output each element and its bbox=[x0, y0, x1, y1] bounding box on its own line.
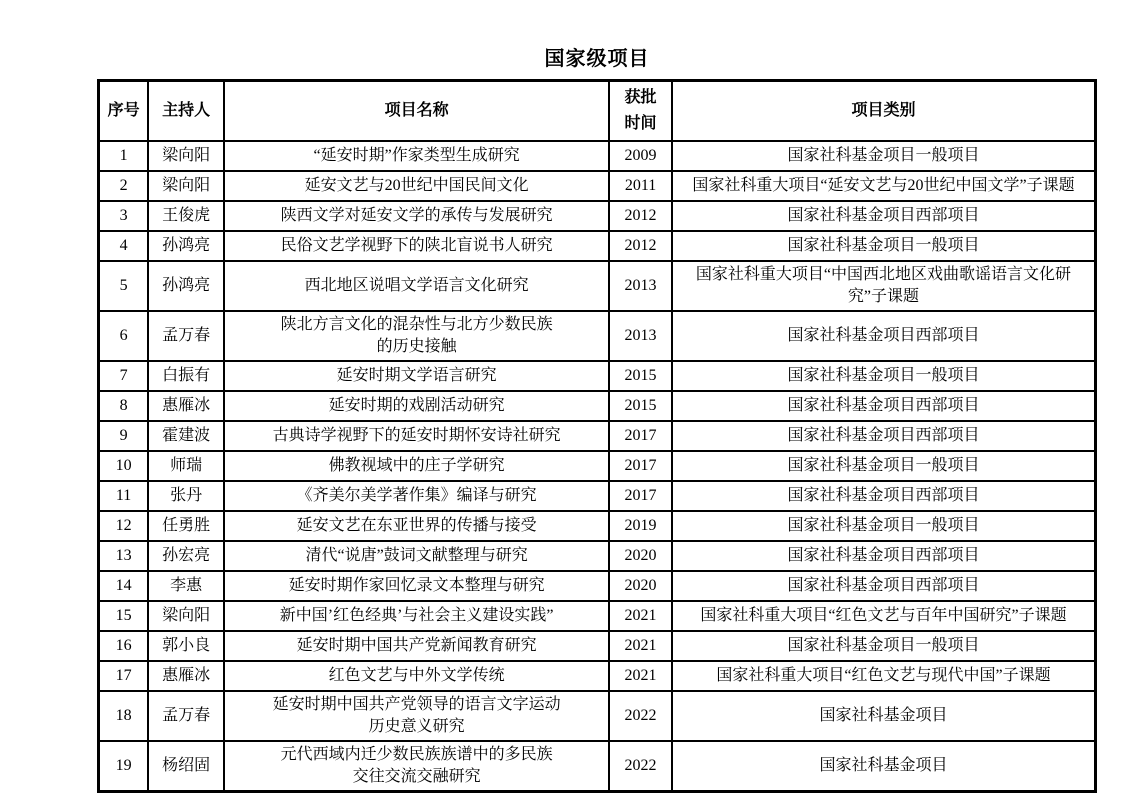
cell-no: 17 bbox=[99, 661, 149, 691]
table-row: 16郭小良延安时期中国共产党新闻教育研究2021国家社科基金项目一般项目 bbox=[99, 631, 1096, 661]
cell-no: 6 bbox=[99, 311, 149, 361]
cell-project-name: 延安时期的戏剧活动研究 bbox=[224, 391, 609, 421]
cell-project-name: 新中国’红色经典’与社会主义建设实践” bbox=[224, 601, 609, 631]
cell-project-name: 民俗文艺学视野下的陕北盲说书人研究 bbox=[224, 231, 609, 261]
cell-approval-year: 2015 bbox=[609, 361, 672, 391]
cell-category: 国家社科重大项目“红色文艺与现代中国”子课题 bbox=[672, 661, 1096, 691]
cell-category: 国家社科重大项目“红色文艺与百年中国研究”子课题 bbox=[672, 601, 1096, 631]
cell-project-name: “延安时期”作家类型生成研究 bbox=[224, 141, 609, 171]
cell-pi: 师瑞 bbox=[148, 451, 224, 481]
cell-approval-year: 2013 bbox=[609, 261, 672, 311]
header-category: 项目类别 bbox=[672, 81, 1096, 142]
header-approval-year: 获批时间 bbox=[609, 81, 672, 142]
cell-project-name: 陕西文学对延安文学的承传与发展研究 bbox=[224, 201, 609, 231]
cell-no: 4 bbox=[99, 231, 149, 261]
table-row: 18孟万春延安时期中国共产党领导的语言文字运动 历史意义研究2022国家社科基金… bbox=[99, 691, 1096, 741]
cell-approval-year: 2017 bbox=[609, 421, 672, 451]
header-approval-year-label: 获批时间 bbox=[624, 85, 658, 137]
cell-no: 3 bbox=[99, 201, 149, 231]
cell-no: 5 bbox=[99, 261, 149, 311]
cell-project-name: 古典诗学视野下的延安时期怀安诗社研究 bbox=[224, 421, 609, 451]
cell-no: 18 bbox=[99, 691, 149, 741]
cell-approval-year: 2020 bbox=[609, 571, 672, 601]
cell-category: 国家社科基金项目一般项目 bbox=[672, 141, 1096, 171]
page-title: 国家级项目 bbox=[97, 42, 1097, 71]
cell-project-name: 清代“说唐”鼓词文献整理与研究 bbox=[224, 541, 609, 571]
cell-project-name: 佛教视域中的庄子学研究 bbox=[224, 451, 609, 481]
table-row: 1梁向阳“延安时期”作家类型生成研究2009国家社科基金项目一般项目 bbox=[99, 141, 1096, 171]
cell-project-name: 延安时期中国共产党领导的语言文字运动 历史意义研究 bbox=[224, 691, 609, 741]
cell-project-name: 西北地区说唱文学语言文化研究 bbox=[224, 261, 609, 311]
cell-no: 9 bbox=[99, 421, 149, 451]
cell-category: 国家社科重大项目“延安文艺与20世纪中国文学”子课题 bbox=[672, 171, 1096, 201]
cell-approval-year: 2015 bbox=[609, 391, 672, 421]
header-row: 序号 主持人 项目名称 获批时间 项目类别 bbox=[99, 81, 1096, 142]
table-row: 5孙鸿亮西北地区说唱文学语言文化研究2013国家社科重大项目“中国西北地区戏曲歌… bbox=[99, 261, 1096, 311]
cell-category: 国家社科基金项目 bbox=[672, 741, 1096, 792]
cell-pi: 孟万春 bbox=[148, 311, 224, 361]
table-row: 3王俊虎陕西文学对延安文学的承传与发展研究2012国家社科基金项目西部项目 bbox=[99, 201, 1096, 231]
cell-pi: 李惠 bbox=[148, 571, 224, 601]
cell-pi: 孙鸿亮 bbox=[148, 261, 224, 311]
cell-category: 国家社科基金项目一般项目 bbox=[672, 231, 1096, 261]
cell-no: 10 bbox=[99, 451, 149, 481]
cell-category: 国家社科基金项目一般项目 bbox=[672, 451, 1096, 481]
cell-no: 8 bbox=[99, 391, 149, 421]
header-project-name: 项目名称 bbox=[224, 81, 609, 142]
cell-category: 国家社科基金项目西部项目 bbox=[672, 571, 1096, 601]
cell-project-name: 红色文艺与中外文学传统 bbox=[224, 661, 609, 691]
cell-pi: 梁向阳 bbox=[148, 141, 224, 171]
cell-project-name: 延安时期中国共产党新闻教育研究 bbox=[224, 631, 609, 661]
cell-project-name: 陕北方言文化的混杂性与北方少数民族 的历史接触 bbox=[224, 311, 609, 361]
cell-approval-year: 2022 bbox=[609, 691, 672, 741]
cell-pi: 霍建波 bbox=[148, 421, 224, 451]
table-row: 7白振有延安时期文学语言研究2015国家社科基金项目一般项目 bbox=[99, 361, 1096, 391]
cell-category: 国家社科基金项目西部项目 bbox=[672, 421, 1096, 451]
cell-category: 国家社科基金项目一般项目 bbox=[672, 511, 1096, 541]
cell-approval-year: 2012 bbox=[609, 201, 672, 231]
table-row: 14李惠延安时期作家回忆录文本整理与研究2020国家社科基金项目西部项目 bbox=[99, 571, 1096, 601]
cell-category: 国家社科基金项目西部项目 bbox=[672, 391, 1096, 421]
table-row: 13孙宏亮清代“说唐”鼓词文献整理与研究2020国家社科基金项目西部项目 bbox=[99, 541, 1096, 571]
cell-no: 12 bbox=[99, 511, 149, 541]
cell-no: 19 bbox=[99, 741, 149, 792]
cell-pi: 郭小良 bbox=[148, 631, 224, 661]
cell-pi: 白振有 bbox=[148, 361, 224, 391]
cell-pi: 梁向阳 bbox=[148, 171, 224, 201]
cell-approval-year: 2013 bbox=[609, 311, 672, 361]
cell-category: 国家社科重大项目“中国西北地区戏曲歌谣语言文化研 究”子课题 bbox=[672, 261, 1096, 311]
cell-category: 国家社科基金项目西部项目 bbox=[672, 541, 1096, 571]
cell-pi: 孟万春 bbox=[148, 691, 224, 741]
cell-pi: 孙鸿亮 bbox=[148, 231, 224, 261]
cell-project-name: 延安时期文学语言研究 bbox=[224, 361, 609, 391]
cell-no: 13 bbox=[99, 541, 149, 571]
cell-pi: 梁向阳 bbox=[148, 601, 224, 631]
cell-no: 7 bbox=[99, 361, 149, 391]
cell-category: 国家社科基金项目一般项目 bbox=[672, 631, 1096, 661]
cell-no: 15 bbox=[99, 601, 149, 631]
cell-pi: 张丹 bbox=[148, 481, 224, 511]
cell-approval-year: 2019 bbox=[609, 511, 672, 541]
cell-category: 国家社科基金项目一般项目 bbox=[672, 361, 1096, 391]
cell-approval-year: 2011 bbox=[609, 171, 672, 201]
cell-category: 国家社科基金项目西部项目 bbox=[672, 311, 1096, 361]
table-row: 10师瑞佛教视域中的庄子学研究2017国家社科基金项目一般项目 bbox=[99, 451, 1096, 481]
table-row: 15梁向阳新中国’红色经典’与社会主义建设实践”2021国家社科重大项目“红色文… bbox=[99, 601, 1096, 631]
table-row: 6孟万春陕北方言文化的混杂性与北方少数民族 的历史接触2013国家社科基金项目西… bbox=[99, 311, 1096, 361]
cell-approval-year: 2022 bbox=[609, 741, 672, 792]
cell-category: 国家社科基金项目西部项目 bbox=[672, 201, 1096, 231]
table-row: 11张丹《齐美尔美学著作集》编译与研究2017国家社科基金项目西部项目 bbox=[99, 481, 1096, 511]
cell-approval-year: 2021 bbox=[609, 601, 672, 631]
cell-category: 国家社科基金项目西部项目 bbox=[672, 481, 1096, 511]
cell-pi: 杨绍固 bbox=[148, 741, 224, 792]
cell-approval-year: 2020 bbox=[609, 541, 672, 571]
cell-no: 1 bbox=[99, 141, 149, 171]
cell-pi: 惠雁冰 bbox=[148, 391, 224, 421]
cell-no: 16 bbox=[99, 631, 149, 661]
table-row: 9霍建波古典诗学视野下的延安时期怀安诗社研究2017国家社科基金项目西部项目 bbox=[99, 421, 1096, 451]
document-page: 国家级项目 序号 主持人 项目名称 获批时间 项目类别 1梁向阳“延安时期”作家… bbox=[0, 0, 1148, 798]
cell-pi: 惠雁冰 bbox=[148, 661, 224, 691]
cell-pi: 孙宏亮 bbox=[148, 541, 224, 571]
header-no: 序号 bbox=[99, 81, 149, 142]
table-row: 4孙鸿亮民俗文艺学视野下的陕北盲说书人研究2012国家社科基金项目一般项目 bbox=[99, 231, 1096, 261]
cell-no: 14 bbox=[99, 571, 149, 601]
cell-no: 11 bbox=[99, 481, 149, 511]
cell-approval-year: 2021 bbox=[609, 631, 672, 661]
cell-approval-year: 2017 bbox=[609, 481, 672, 511]
projects-table: 序号 主持人 项目名称 获批时间 项目类别 1梁向阳“延安时期”作家类型生成研究… bbox=[97, 79, 1097, 793]
table-row: 8惠雁冰延安时期的戏剧活动研究2015国家社科基金项目西部项目 bbox=[99, 391, 1096, 421]
cell-pi: 任勇胜 bbox=[148, 511, 224, 541]
table-row: 12任勇胜延安文艺在东亚世界的传播与接受2019国家社科基金项目一般项目 bbox=[99, 511, 1096, 541]
table-row: 2梁向阳延安文艺与20世纪中国民间文化2011国家社科重大项目“延安文艺与20世… bbox=[99, 171, 1096, 201]
cell-project-name: 元代西域内迁少数民族族谱中的多民族 交往交流交融研究 bbox=[224, 741, 609, 792]
table-row: 19杨绍固元代西域内迁少数民族族谱中的多民族 交往交流交融研究2022国家社科基… bbox=[99, 741, 1096, 792]
cell-no: 2 bbox=[99, 171, 149, 201]
cell-project-name: 《齐美尔美学著作集》编译与研究 bbox=[224, 481, 609, 511]
table-row: 17惠雁冰红色文艺与中外文学传统2021国家社科重大项目“红色文艺与现代中国”子… bbox=[99, 661, 1096, 691]
cell-approval-year: 2009 bbox=[609, 141, 672, 171]
cell-project-name: 延安文艺在东亚世界的传播与接受 bbox=[224, 511, 609, 541]
cell-pi: 王俊虎 bbox=[148, 201, 224, 231]
header-pi: 主持人 bbox=[148, 81, 224, 142]
cell-approval-year: 2021 bbox=[609, 661, 672, 691]
table-header: 序号 主持人 项目名称 获批时间 项目类别 bbox=[99, 81, 1096, 142]
cell-approval-year: 2012 bbox=[609, 231, 672, 261]
table-body: 1梁向阳“延安时期”作家类型生成研究2009国家社科基金项目一般项目2梁向阳延安… bbox=[99, 141, 1096, 792]
cell-category: 国家社科基金项目 bbox=[672, 691, 1096, 741]
cell-approval-year: 2017 bbox=[609, 451, 672, 481]
cell-project-name: 延安文艺与20世纪中国民间文化 bbox=[224, 171, 609, 201]
cell-project-name: 延安时期作家回忆录文本整理与研究 bbox=[224, 571, 609, 601]
